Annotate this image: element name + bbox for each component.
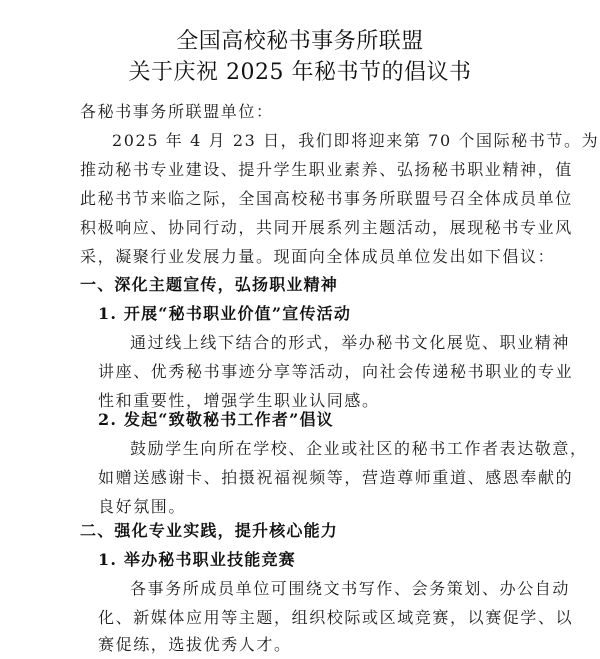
document-title-line-2: 关于庆祝 2025 年秘书节的倡议书 — [0, 59, 600, 87]
item-line: 各事务所成员单位可围绕文书写作、会务策划、办公自动 — [130, 578, 570, 600]
intro-line: 积极响应、协同行动，共同开展系列主题活动，展现秘书专业风 — [80, 217, 573, 239]
item-heading: 1. 开展“秘书职业价值”宣传活动 — [98, 303, 351, 325]
intro-line: 2025 年 4 月 23 日，我们即将迎来第 70 个国际秘书节。为 — [112, 130, 599, 152]
item-line: 鼓励学生向所在学校、企业或社区的秘书工作者表达敬意， — [130, 438, 588, 460]
item-heading: 1. 举办秘书职业技能竞赛 — [98, 549, 296, 571]
item-line: 通过线上线下结合的形式，举办秘书文化展览、职业精神 — [130, 332, 570, 354]
item-line: 赛促练，选拔优秀人才。 — [98, 634, 292, 656]
item-heading: 2. 发起“致敬秘书工作者”倡议 — [98, 409, 334, 431]
intro-line: 推动秘书专业建设、提升学生职业素养、弘扬秘书职业精神，值 — [80, 159, 573, 181]
intro-line: 采，凝聚行业发展力量。现面向全体成员单位发出如下倡议： — [80, 246, 555, 268]
salutation: 各秘书事务所联盟单位： — [80, 101, 274, 123]
item-line: 化、新媒体应用等主题，组织校际或区域竞赛，以赛促学、以 — [98, 607, 573, 629]
item-line: 如赠送感谢卡、拍摄祝福视频等，营造尊师重道、感恩奉献的 — [98, 467, 573, 489]
item-line: 讲座、优秀秘书事迹分享等活动，向社会传递秘书职业的专业 — [98, 361, 573, 383]
section-heading: 二、强化专业实践，提升核心能力 — [80, 520, 338, 542]
item-line: 良好氛围。 — [98, 496, 186, 518]
section-heading: 一、深化主题宣传，弘扬职业精神 — [80, 274, 338, 296]
intro-line: 此秘书节来临之际，全国高校秘书事务所联盟号召全体成员单位 — [80, 188, 573, 210]
document-title-line-1: 全国高校秘书事务所联盟 — [0, 28, 600, 56]
